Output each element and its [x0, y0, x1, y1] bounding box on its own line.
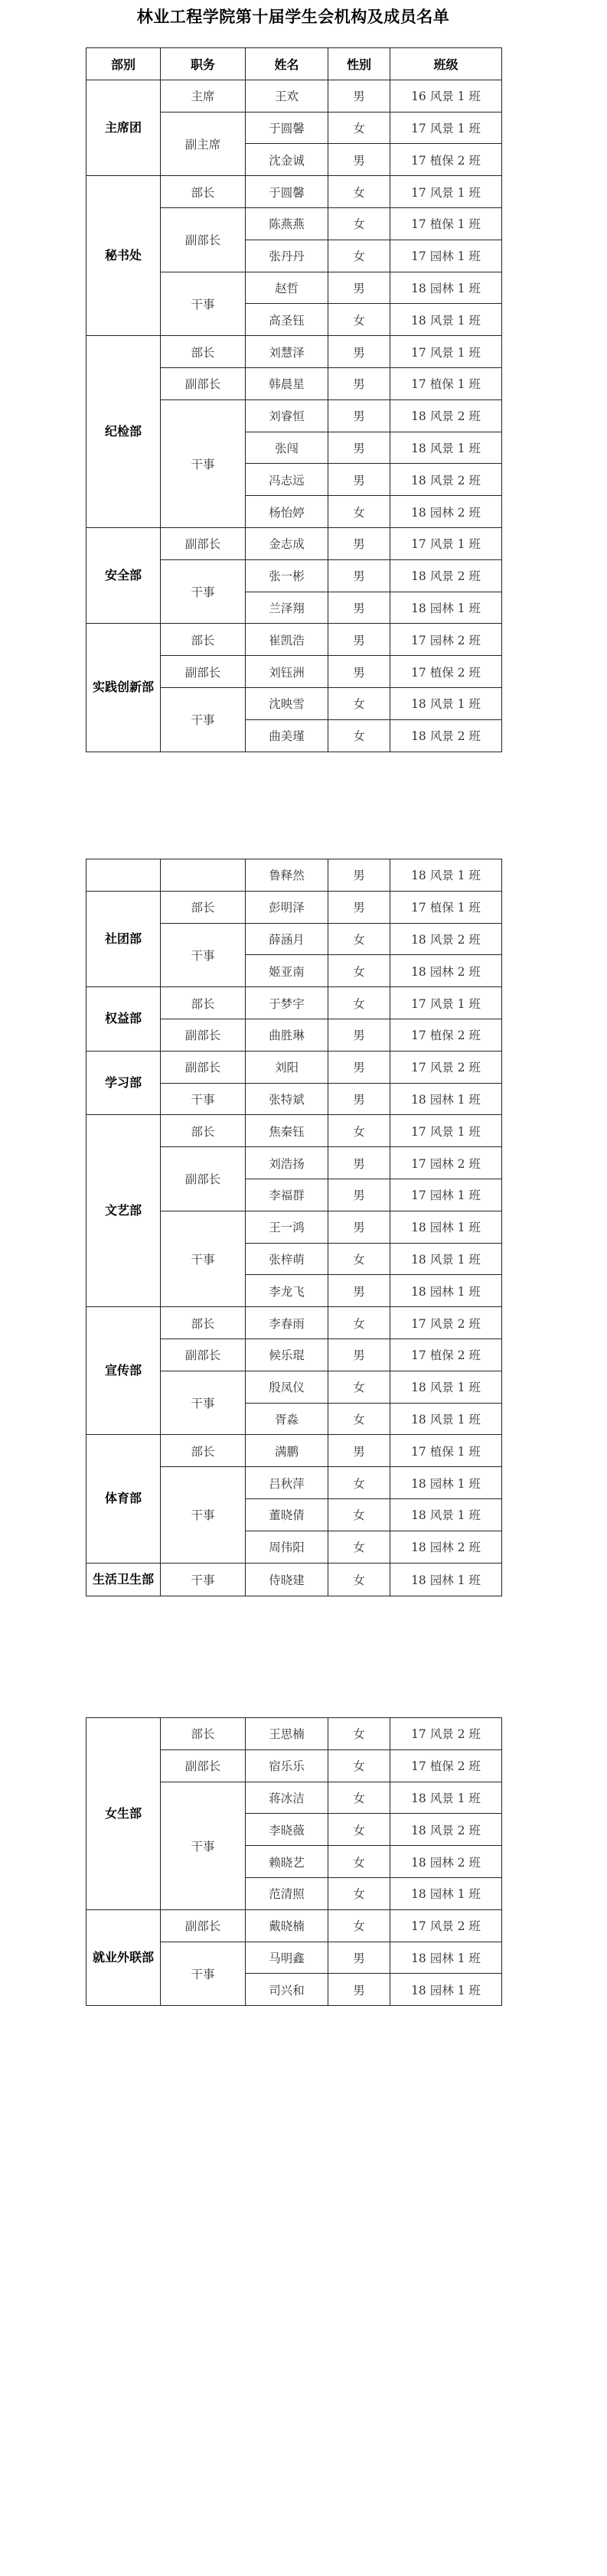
member-gender: 男 [328, 80, 390, 112]
department-name: 实践创新部 [86, 624, 161, 752]
member-name: 刘钰洲 [246, 656, 328, 688]
member-gender: 女 [328, 923, 390, 955]
member-gender: 男 [328, 1435, 390, 1467]
member-gender: 男 [328, 1147, 390, 1179]
member-gender: 女 [328, 987, 390, 1019]
role-cell: 干事 [161, 1467, 246, 1563]
member-class: 17 风景 1 班 [390, 336, 502, 368]
member-name: 王思楠 [246, 1718, 328, 1750]
member-gender: 女 [328, 687, 390, 719]
role-cell: 副部长 [161, 367, 246, 399]
member-name: 于圆馨 [246, 112, 328, 144]
member-name: 李晓薇 [246, 1814, 328, 1846]
department-name: 纪检部 [86, 336, 161, 528]
member-class: 18 风景 2 班 [390, 464, 502, 496]
member-gender: 男 [328, 1051, 390, 1083]
member-name: 范清照 [246, 1877, 328, 1909]
role-cell: 副部长 [161, 656, 246, 688]
member-gender: 男 [328, 1019, 390, 1051]
role-cell: 干事 [161, 1563, 246, 1596]
member-gender: 女 [328, 496, 390, 528]
member-name: 鲁释然 [246, 859, 328, 892]
member-gender: 男 [328, 527, 390, 559]
table-row: 秘书处部长于圆馨女17 风景 1 班 [86, 176, 502, 208]
member-name: 曲胜琳 [246, 1019, 328, 1051]
department-name: 宣传部 [86, 1307, 161, 1435]
member-name: 刘浩扬 [246, 1147, 328, 1179]
member-name: 司兴和 [246, 1974, 328, 2006]
member-gender: 女 [328, 1718, 390, 1750]
member-name: 焦秦钰 [246, 1115, 328, 1147]
role-cell: 副主席 [161, 112, 246, 176]
role-cell: 副部长 [161, 1019, 246, 1051]
role-cell: 干事 [161, 1782, 246, 1909]
role-cell: 部长 [161, 1718, 246, 1750]
role-cell: 副部长 [161, 527, 246, 559]
member-gender: 女 [328, 304, 390, 336]
member-gender: 女 [328, 176, 390, 208]
member-class: 17 植保 2 班 [390, 656, 502, 688]
member-class: 17 风景 2 班 [390, 1909, 502, 1942]
member-name: 薛涵月 [246, 923, 328, 955]
role-cell: 部长 [161, 987, 246, 1019]
member-class: 17 风景 2 班 [390, 1051, 502, 1083]
member-gender: 女 [328, 1877, 390, 1909]
member-class: 18 风景 1 班 [390, 1782, 502, 1814]
member-gender: 男 [328, 144, 390, 176]
role-cell: 干事 [161, 923, 246, 987]
member-gender: 男 [328, 859, 390, 892]
member-name: 杨怡婷 [246, 496, 328, 528]
member-class: 18 园林 1 班 [390, 1563, 502, 1596]
role-cell: 干事 [161, 272, 246, 336]
role-cell: 副部长 [161, 1051, 246, 1083]
role-cell: 副部长 [161, 1909, 246, 1942]
member-gender: 女 [328, 207, 390, 240]
role-cell: 副部长 [161, 1147, 246, 1211]
role-cell: 部长 [161, 336, 246, 368]
member-name: 殷凤仪 [246, 1371, 328, 1403]
member-class: 17 植保 2 班 [390, 1019, 502, 1051]
header-class: 班级 [390, 48, 502, 80]
member-gender: 女 [328, 240, 390, 272]
member-name: 王一鸿 [246, 1211, 328, 1243]
member-gender: 女 [328, 1115, 390, 1147]
member-name: 冯志远 [246, 464, 328, 496]
member-class: 18 风景 1 班 [390, 1243, 502, 1275]
member-name: 李春雨 [246, 1307, 328, 1339]
member-gender: 男 [328, 624, 390, 656]
department-name: 秘书处 [86, 176, 161, 336]
member-name: 张闯 [246, 432, 328, 464]
member-class: 18 风景 2 班 [390, 1814, 502, 1846]
member-gender: 男 [328, 592, 390, 624]
roster-table: 部别职务姓名性别班级主席团主席王欢男16 风景 1 班副主席于圆馨女17 风景 … [86, 47, 502, 752]
table-row: 生活卫生部干事侍晓建女18 园林 1 班 [86, 1563, 502, 1596]
member-gender: 男 [328, 367, 390, 399]
table-row: 权益部部长于梦宇女17 风景 1 班 [86, 987, 502, 1019]
member-class: 18 园林 1 班 [390, 1877, 502, 1909]
member-gender: 女 [328, 1498, 390, 1531]
member-name: 董晓倩 [246, 1498, 328, 1531]
member-gender: 男 [328, 399, 390, 432]
member-class: 17 风景 1 班 [390, 1115, 502, 1147]
member-class: 17 植保 1 班 [390, 891, 502, 923]
table-row: 社团部部长彭明泽男17 植保 1 班 [86, 891, 502, 923]
member-name: 侍晓建 [246, 1563, 328, 1596]
role-cell: 副部长 [161, 1339, 246, 1371]
member-class: 17 植保 1 班 [390, 207, 502, 240]
member-class: 18 园林 2 班 [390, 1846, 502, 1878]
member-name: 于圆馨 [246, 176, 328, 208]
department-name: 就业外联部 [86, 1909, 161, 2005]
member-name: 沈金诚 [246, 144, 328, 176]
member-class: 18 风景 2 班 [390, 923, 502, 955]
member-gender: 男 [328, 559, 390, 592]
member-name: 戴晓楠 [246, 1909, 328, 1942]
table-row: 体育部部长满鹏男17 植保 1 班 [86, 1435, 502, 1467]
department-name: 安全部 [86, 527, 161, 623]
member-class: 18 风景 1 班 [390, 1498, 502, 1531]
member-name: 张特斌 [246, 1083, 328, 1115]
member-name: 赖晓艺 [246, 1846, 328, 1878]
department-name [86, 859, 161, 892]
member-name: 满鹏 [246, 1435, 328, 1467]
header-department: 部别 [86, 48, 161, 80]
table-row: 鲁释然男18 风景 1 班 [86, 859, 502, 892]
member-name: 张梓萌 [246, 1243, 328, 1275]
member-class: 18 园林 2 班 [390, 496, 502, 528]
member-gender: 男 [328, 1179, 390, 1211]
member-gender: 女 [328, 955, 390, 987]
member-gender: 男 [328, 1275, 390, 1307]
member-gender: 女 [328, 719, 390, 752]
role-cell: 部长 [161, 1115, 246, 1147]
member-name: 蒋冰洁 [246, 1782, 328, 1814]
member-class: 17 植保 2 班 [390, 1339, 502, 1371]
member-gender: 男 [328, 1211, 390, 1243]
member-name: 宿乐乐 [246, 1749, 328, 1782]
table-row: 宣传部部长李春雨女17 风景 2 班 [86, 1307, 502, 1339]
role-cell: 部长 [161, 176, 246, 208]
member-name: 周伟阳 [246, 1531, 328, 1563]
member-name: 李龙飞 [246, 1275, 328, 1307]
member-class: 17 植保 1 班 [390, 1435, 502, 1467]
member-class: 16 风景 1 班 [390, 80, 502, 112]
member-gender: 女 [328, 1782, 390, 1814]
member-class: 18 风景 2 班 [390, 719, 502, 752]
member-class: 18 风景 1 班 [390, 687, 502, 719]
member-gender: 女 [328, 1467, 390, 1499]
member-name: 高圣钰 [246, 304, 328, 336]
table-row: 安全部副部长金志成男17 风景 1 班 [86, 527, 502, 559]
member-gender: 女 [328, 1403, 390, 1435]
member-class: 17 风景 1 班 [390, 987, 502, 1019]
role-cell: 部长 [161, 624, 246, 656]
member-name: 候乐琨 [246, 1339, 328, 1371]
header-gender: 性别 [328, 48, 390, 80]
member-name: 于梦宇 [246, 987, 328, 1019]
department-name: 权益部 [86, 987, 161, 1052]
roster-table: 女生部部长王思楠女17 风景 2 班副部长宿乐乐女17 植保 2 班干事蒋冰洁女… [86, 1717, 502, 2006]
member-name: 马明鑫 [246, 1942, 328, 1974]
member-gender: 男 [328, 1083, 390, 1115]
table-row: 纪检部部长刘慧泽男17 风景 1 班 [86, 336, 502, 368]
header-name: 姓名 [246, 48, 328, 80]
member-class: 17 园林 1 班 [390, 240, 502, 272]
table-row: 学习部副部长刘阳男17 风景 2 班 [86, 1051, 502, 1083]
member-gender: 女 [328, 1909, 390, 1942]
member-gender: 女 [328, 1814, 390, 1846]
member-class: 18 风景 1 班 [390, 1371, 502, 1403]
member-class: 17 风景 2 班 [390, 1718, 502, 1750]
member-name: 刘慧泽 [246, 336, 328, 368]
role-cell: 主席 [161, 80, 246, 112]
member-class: 17 园林 2 班 [390, 624, 502, 656]
member-gender: 女 [328, 1846, 390, 1878]
member-class: 18 园林 1 班 [390, 272, 502, 304]
member-name: 彭明泽 [246, 891, 328, 923]
department-name: 文艺部 [86, 1115, 161, 1307]
member-gender: 女 [328, 1243, 390, 1275]
page-title: 林业工程学院第十届学生会机构及成员名单 [0, 5, 586, 29]
header-role: 职务 [161, 48, 246, 80]
member-gender: 男 [328, 1942, 390, 1974]
member-class: 18 风景 1 班 [390, 432, 502, 464]
member-gender: 女 [328, 112, 390, 144]
table-row: 实践创新部部长崔凯浩男17 园林 2 班 [86, 624, 502, 656]
member-class: 18 园林 1 班 [390, 592, 502, 624]
member-gender: 女 [328, 1371, 390, 1403]
member-name: 赵哲 [246, 272, 328, 304]
member-name: 刘睿恒 [246, 399, 328, 432]
member-name: 崔凯浩 [246, 624, 328, 656]
member-gender: 男 [328, 336, 390, 368]
member-class: 18 风景 2 班 [390, 559, 502, 592]
role-cell: 副部长 [161, 1749, 246, 1782]
member-name: 曲美瑾 [246, 719, 328, 752]
role-cell: 干事 [161, 1942, 246, 2006]
table-row: 文艺部部长焦秦钰女17 风景 1 班 [86, 1115, 502, 1147]
member-class: 18 园林 1 班 [390, 1974, 502, 2006]
member-gender: 男 [328, 1339, 390, 1371]
member-name: 韩晨星 [246, 367, 328, 399]
member-name: 张一彬 [246, 559, 328, 592]
department-name: 主席团 [86, 80, 161, 175]
member-gender: 男 [328, 272, 390, 304]
role-cell: 副部长 [161, 207, 246, 272]
member-class: 18 风景 1 班 [390, 1403, 502, 1435]
member-class: 17 风景 1 班 [390, 527, 502, 559]
member-gender: 女 [328, 1749, 390, 1782]
member-class: 18 园林 2 班 [390, 955, 502, 987]
department-name: 体育部 [86, 1435, 161, 1563]
member-name: 吕秋萍 [246, 1467, 328, 1499]
member-class: 17 园林 2 班 [390, 1147, 502, 1179]
member-name: 姬亚南 [246, 955, 328, 987]
member-class: 17 园林 1 班 [390, 1179, 502, 1211]
member-class: 18 风景 1 班 [390, 304, 502, 336]
role-cell: 干事 [161, 1083, 246, 1115]
department-name: 女生部 [86, 1718, 161, 1910]
table-row: 就业外联部副部长戴晓楠女17 风景 2 班 [86, 1909, 502, 1942]
member-class: 17 风景 1 班 [390, 112, 502, 144]
member-name: 李福群 [246, 1179, 328, 1211]
member-class: 17 风景 1 班 [390, 176, 502, 208]
member-class: 18 园林 1 班 [390, 1942, 502, 1974]
role-cell: 部长 [161, 1435, 246, 1467]
table-row: 女生部部长王思楠女17 风景 2 班 [86, 1718, 502, 1750]
department-name: 生活卫生部 [86, 1563, 161, 1596]
member-gender: 男 [328, 464, 390, 496]
member-class: 18 园林 1 班 [390, 1083, 502, 1115]
role-cell: 干事 [161, 687, 246, 752]
member-name: 陈燕燕 [246, 207, 328, 240]
member-class: 17 植保 1 班 [390, 367, 502, 399]
member-class: 17 植保 2 班 [390, 144, 502, 176]
member-gender: 女 [328, 1563, 390, 1596]
member-gender: 男 [328, 891, 390, 923]
member-name: 金志成 [246, 527, 328, 559]
role-cell: 干事 [161, 1211, 246, 1306]
member-class: 17 植保 2 班 [390, 1749, 502, 1782]
member-class: 17 风景 2 班 [390, 1307, 502, 1339]
member-name: 刘阳 [246, 1051, 328, 1083]
header-row: 部别职务姓名性别班级 [86, 48, 502, 80]
member-name: 兰泽翔 [246, 592, 328, 624]
member-gender: 男 [328, 656, 390, 688]
role-cell: 部长 [161, 1307, 246, 1339]
department-name: 社团部 [86, 891, 161, 986]
member-class: 18 园林 1 班 [390, 1467, 502, 1499]
role-cell: 干事 [161, 1371, 246, 1435]
member-class: 18 园林 2 班 [390, 1531, 502, 1563]
member-gender: 女 [328, 1531, 390, 1563]
role-cell [161, 859, 246, 892]
role-cell: 部长 [161, 891, 246, 923]
member-class: 18 风景 1 班 [390, 859, 502, 892]
member-class: 18 园林 1 班 [390, 1211, 502, 1243]
member-gender: 男 [328, 432, 390, 464]
member-class: 18 风景 2 班 [390, 399, 502, 432]
member-class: 18 园林 1 班 [390, 1275, 502, 1307]
role-cell: 干事 [161, 399, 246, 527]
table-row: 主席团主席王欢男16 风景 1 班 [86, 80, 502, 112]
role-cell: 干事 [161, 559, 246, 624]
department-name: 学习部 [86, 1051, 161, 1115]
member-gender: 女 [328, 1307, 390, 1339]
roster-table: 鲁释然男18 风景 1 班社团部部长彭明泽男17 植保 1 班干事薛涵月女18 … [86, 859, 502, 1596]
member-name: 王欢 [246, 80, 328, 112]
member-name: 沈映雪 [246, 687, 328, 719]
member-name: 胥淼 [246, 1403, 328, 1435]
member-name: 张丹丹 [246, 240, 328, 272]
member-gender: 男 [328, 1974, 390, 2006]
